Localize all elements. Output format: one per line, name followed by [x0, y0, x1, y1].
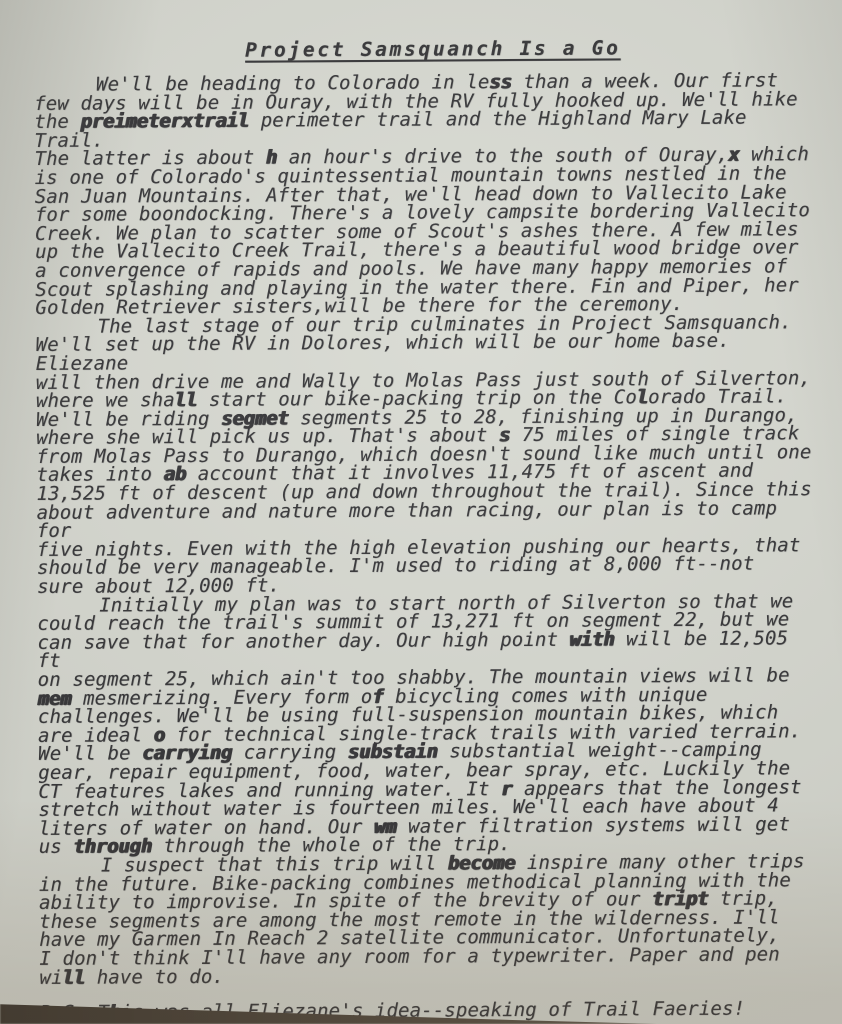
doc-text: wi [39, 966, 62, 988]
doc-text: us [39, 836, 74, 858]
overtyped-text: with [570, 628, 615, 650]
doc-body: We'll be heading to Colorado in less tha… [34, 71, 822, 1022]
overtyped-text: preimeterxtrail [80, 110, 249, 133]
paragraph: The last stage of our trip culminates in… [35, 313, 819, 597]
doc-title: Project Samsquanch Is a Go [12, 35, 842, 63]
typewritten-letter: Project Samsquanch Is a Go We'll be head… [0, 0, 842, 1024]
paragraph: We'll be heading to Colorado in less tha… [34, 71, 817, 317]
doc-text: can save that for another day. Our high … [37, 628, 569, 653]
paragraph: I suspect that this trip will become ins… [39, 852, 822, 987]
doc-text: have to do. [85, 965, 224, 988]
overtyped-text: ll [63, 966, 86, 988]
paragraph: Initially my plan was to start north of … [37, 592, 821, 857]
paper-sheet: Project Samsquanch Is a Go We'll be head… [0, 0, 842, 1024]
